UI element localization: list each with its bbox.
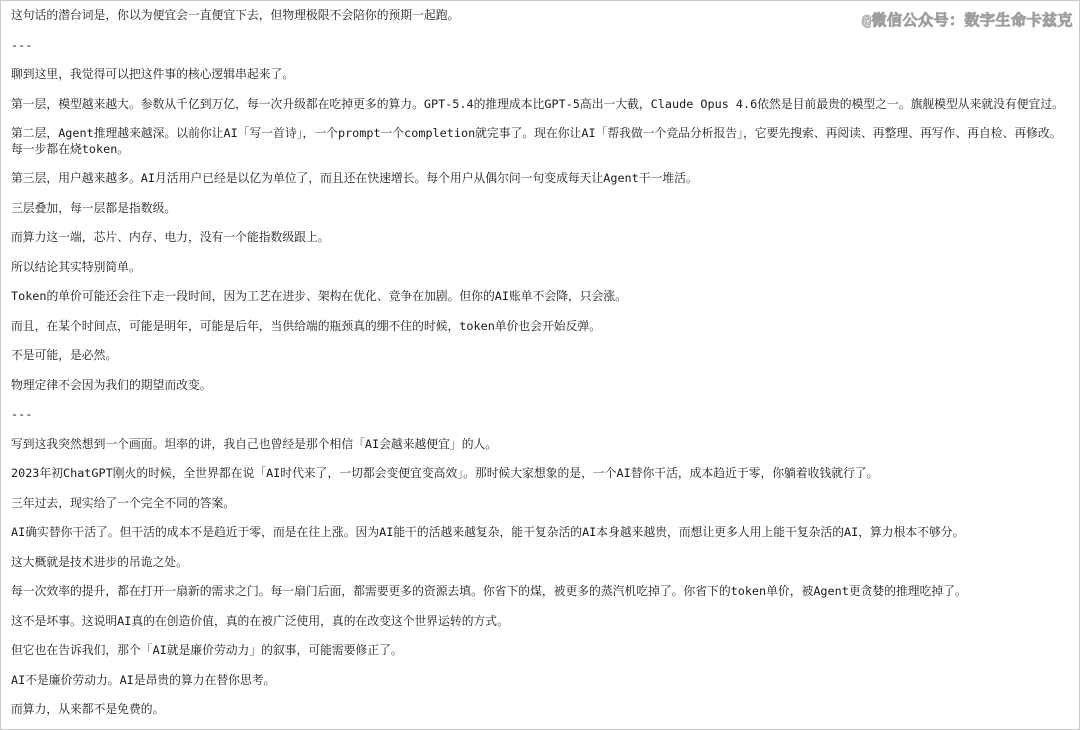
paragraph: 2023年初ChatGPT刚火的时候，全世界都在说「AI时代来了，一切都会变便宜… [11, 466, 1069, 482]
paragraph: 聊到这里，我觉得可以把这件事的核心逻辑串起来了。 [11, 67, 1069, 83]
separator: --- [11, 407, 1069, 423]
article-page: @微信公众号：数字生命卡兹克 这句话的潜台词是，你以为便宜会一直便宜下去，但物理… [0, 0, 1080, 730]
paragraph: 第二层，Agent推理越来越深。以前你让AI「写一首诗」，一个prompt一个c… [11, 126, 1069, 157]
paragraph: 第三层，用户越来越多。AI月活用户已经是以亿为单位了，而且还在快速增长。每个用户… [11, 171, 1069, 187]
separator: --- [11, 38, 1069, 54]
paragraph: 所以结论其实特别简单。 [11, 260, 1069, 276]
paragraph: 三年过去，现实给了一个完全不同的答案。 [11, 496, 1069, 512]
paragraph: 而且，在某个时间点，可能是明年，可能是后年，当供给端的瓶颈真的绷不住的时候，to… [11, 319, 1069, 335]
paragraph: 而算力这一端，芯片、内存、电力，没有一个能指数级跟上。 [11, 230, 1069, 246]
paragraph: 物理定律不会因为我们的期望而改变。 [11, 378, 1069, 394]
paragraph: 第一层，模型越来越大。参数从千亿到万亿，每一次升级都在吃掉更多的算力。GPT-5… [11, 97, 1069, 113]
paragraph: 每一次效率的提升，都在打开一扇新的需求之门。每一扇门后面，都需要更多的资源去填。… [11, 584, 1069, 600]
paragraph: Token的单价可能还会往下走一段时间，因为工艺在进步、架构在优化、竞争在加剧。… [11, 289, 1069, 305]
paragraph: AI确实替你干活了。但干活的成本不是趋近于零，而是在往上涨。因为AI能干的活越来… [11, 525, 1069, 541]
paragraph: 写到这我突然想到一个画面。坦率的讲，我自己也曾经是那个相信「AI会越来越便宜」的… [11, 437, 1069, 453]
paragraph: 这大概就是技术进步的吊诡之处。 [11, 555, 1069, 571]
paragraph: AI不是廉价劳动力。AI是昂贵的算力在替你思考。 [11, 673, 1069, 689]
paragraph: 但它也在告诉我们，那个「AI就是廉价劳动力」的叙事，可能需要修正了。 [11, 643, 1069, 659]
article-content: 这句话的潜台词是，你以为便宜会一直便宜下去，但物理极限不会陪你的预期一起跑。 -… [1, 1, 1079, 718]
paragraph: 而算力，从来都不是免费的。 [11, 702, 1069, 718]
paragraph: 这不是坏事。这说明AI真的在创造价值，真的在被广泛使用，真的在改变这个世界运转的… [11, 614, 1069, 630]
paragraph: 不是可能，是必然。 [11, 348, 1069, 364]
paragraph: 三层叠加，每一层都是指数级。 [11, 201, 1069, 217]
paragraph: 这句话的潜台词是，你以为便宜会一直便宜下去，但物理极限不会陪你的预期一起跑。 [11, 8, 1069, 24]
